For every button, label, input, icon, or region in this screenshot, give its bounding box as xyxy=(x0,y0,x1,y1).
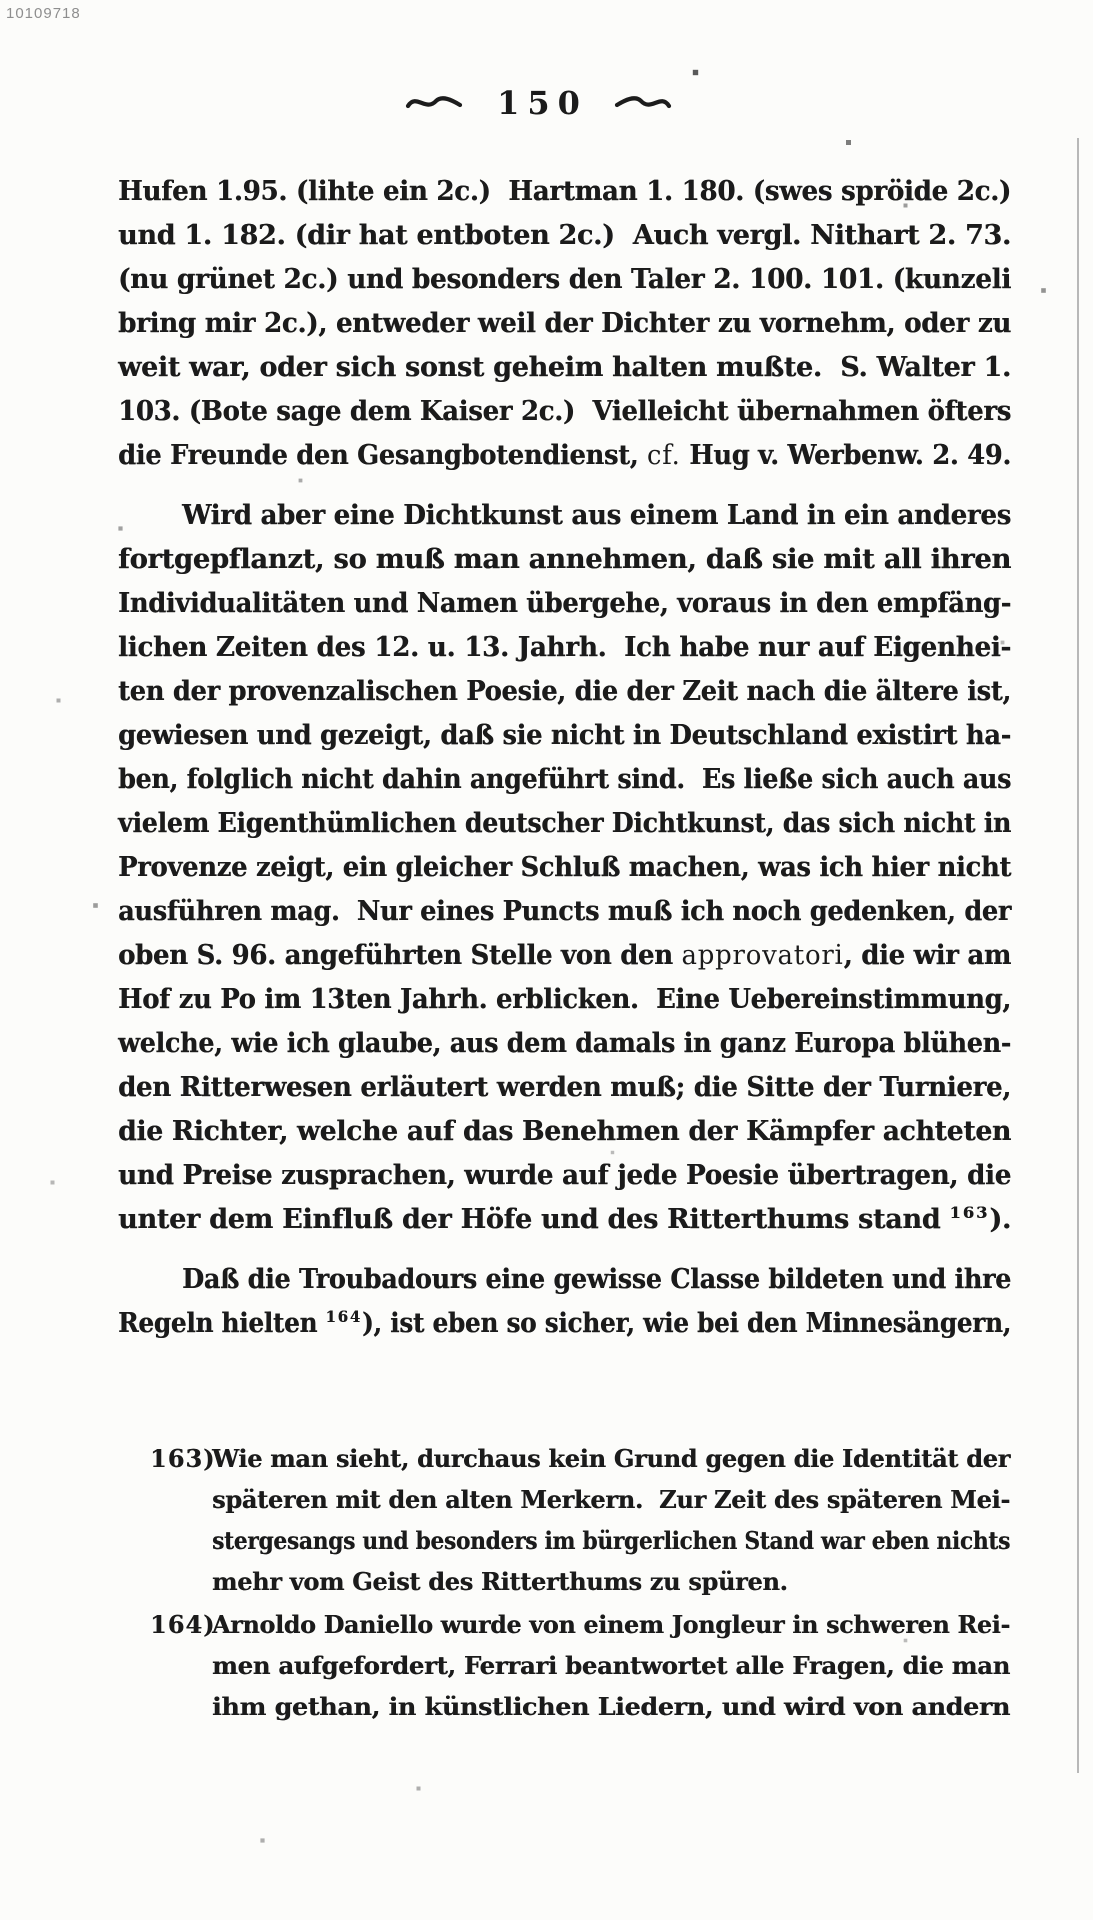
line-content: ausführen mag. Nur eines Puncts muß ich … xyxy=(118,890,1011,934)
text-line: Arnoldo Daniello wurde von einem Jongleu… xyxy=(212,1604,1010,1645)
line-content: mehr vom Geist des Ritterthums zu spüren… xyxy=(212,1561,788,1602)
line-content: 103. (Bote sage dem Kaiser 2c.) Vielleic… xyxy=(118,390,1011,434)
text-line: men aufgefordert, Ferrari beantwortet al… xyxy=(212,1645,1010,1686)
text-line: weit war, oder sich sonst geheim halten … xyxy=(118,346,1011,390)
text-segment: ben, folglich nicht dahin angeführt sind… xyxy=(118,764,1011,795)
line-content: Provenze zeigt, ein gleicher Schluß mach… xyxy=(118,846,1011,890)
line-content: vielem Eigenthümlichen deutscher Dichtku… xyxy=(118,802,1011,846)
text-segment: Hufen 1.95. (lihte ein 2c.) Hartman 1. 1… xyxy=(118,176,1011,207)
text-segment: die Richter, welche auf das Benehmen der… xyxy=(118,1116,1011,1147)
line-content: weit war, oder sich sonst geheim halten … xyxy=(118,346,1011,390)
text-segment: stergesangs und besonders im bürgerliche… xyxy=(212,1526,1010,1555)
line-content: den Ritterwesen erläutert werden muß; di… xyxy=(118,1066,1011,1110)
text-segment: Regeln hielten xyxy=(118,1308,326,1339)
footnote-ref: 164 xyxy=(326,1307,362,1326)
text-segment: den Ritterwesen erläutert werden muß; di… xyxy=(118,1072,1011,1103)
text-line: stergesangs und besonders im bürgerliche… xyxy=(212,1520,1010,1561)
page-header: 150 xyxy=(92,84,985,122)
line-content: lichen Zeiten des 12. u. 13. Jahrh. Ich … xyxy=(118,626,1011,670)
text-segment: Daß die Troubadours eine gewisse Classe … xyxy=(182,1264,1011,1295)
text-segment: Hug v. Werbenw. 2. 49. xyxy=(681,440,1011,471)
text-segment: und Preise zusprachen, wurde auf jede Po… xyxy=(118,1160,1011,1191)
text-segment: und 1. 182. (dir hat entboten 2c.) Auch … xyxy=(118,220,1011,251)
text-line: lichen Zeiten des 12. u. 13. Jahrh. Ich … xyxy=(118,626,1011,670)
latin-text-segment: cf. xyxy=(647,440,680,471)
text-line: Wie man sieht, durchaus kein Grund gegen… xyxy=(212,1438,1010,1479)
text-segment: (nu grünet 2c.) und besonders den Taler … xyxy=(118,264,1011,295)
text-segment: , die wir am xyxy=(844,940,1011,971)
text-segment: Wird aber eine Dichtkunst aus einem Land… xyxy=(182,500,1011,531)
text-line: Hufen 1.95. (lihte ein 2c.) Hartman 1. 1… xyxy=(118,170,1011,214)
line-content: unter dem Einfluß der Höfe und des Ritte… xyxy=(118,1198,1011,1242)
line-content: Hof zu Po im 13ten Jahrh. erblicken. Ein… xyxy=(118,978,1011,1022)
footnote: 163)Wie man sieht, durchaus kein Grund g… xyxy=(150,1438,1010,1602)
text-segment: Provenze zeigt, ein gleicher Schluß mach… xyxy=(118,852,1011,883)
text-segment: men aufgefordert, Ferrari beantwortet al… xyxy=(212,1651,1010,1680)
text-segment: die Freunde den Gesangbotendienst, xyxy=(118,440,647,471)
footnote-ref: 163 xyxy=(949,1203,989,1222)
line-content: gewiesen und gezeigt, daß sie nicht in D… xyxy=(118,714,1011,758)
text-segment: lichen Zeiten des 12. u. 13. Jahrh. Ich … xyxy=(118,632,1011,663)
text-line: Provenze zeigt, ein gleicher Schluß mach… xyxy=(118,846,1011,890)
latin-text-segment: approvatori xyxy=(681,940,843,971)
scan-edge-line xyxy=(1077,138,1079,1773)
text-segment: vielem Eigenthümlichen deutscher Dichtku… xyxy=(118,808,1011,839)
footnotes: 163)Wie man sieht, durchaus kein Grund g… xyxy=(150,1438,1010,1727)
text-segment: ), ist eben so sicher, wie bei den Minne… xyxy=(362,1308,1011,1339)
text-segment: ten der provenzalischen Poesie, die der … xyxy=(118,676,1011,707)
footnote-marker: 164) xyxy=(150,1604,215,1645)
line-content: fortgepflanzt, so muß man annehmen, daß … xyxy=(118,538,1011,582)
text-line: mehr vom Geist des Ritterthums zu spüren… xyxy=(212,1561,1010,1602)
line-content: Wie man sieht, durchaus kein Grund gegen… xyxy=(212,1438,1010,1479)
text-line: welche, wie ich glaube, aus dem damals i… xyxy=(118,1022,1011,1066)
text-segment: Individualitäten und Namen übergehe, vor… xyxy=(118,588,1011,619)
text-segment: oben S. 96. angeführten Stelle von den xyxy=(118,940,681,971)
text-segment: welche, wie ich glaube, aus dem damals i… xyxy=(118,1028,1011,1059)
text-segment: ausführen mag. Nur eines Puncts muß ich … xyxy=(118,896,1011,927)
text-segment: ihm gethan, in künstlichen Liedern, und … xyxy=(212,1692,1010,1721)
text-line: und Preise zusprachen, wurde auf jede Po… xyxy=(118,1154,1011,1198)
text-line: (nu grünet 2c.) und besonders den Taler … xyxy=(118,258,1011,302)
book-page: 10109718 150 Hufen 1.95. (lihte ein 2c.)… xyxy=(0,0,1093,1920)
text-line: 103. (Bote sage dem Kaiser 2c.) Vielleic… xyxy=(118,390,1011,434)
text-segment: weit war, oder sich sonst geheim halten … xyxy=(118,352,1011,383)
line-content: (nu grünet 2c.) und besonders den Taler … xyxy=(118,258,1011,302)
text-line: Regeln hielten 164), ist eben so sicher,… xyxy=(118,1302,1011,1346)
text-line: die Richter, welche auf das Benehmen der… xyxy=(118,1110,1011,1154)
text-line: Individualitäten und Namen übergehe, vor… xyxy=(118,582,1011,626)
scan-specks xyxy=(0,0,1,1)
text-line: Daß die Troubadours eine gewisse Classe … xyxy=(182,1258,1011,1302)
text-line: ben, folglich nicht dahin angeführt sind… xyxy=(118,758,1011,802)
text-segment: Wie man sieht, durchaus kein Grund gegen… xyxy=(212,1444,1010,1473)
line-content: späteren mit den alten Merkern. Zur Zeit… xyxy=(212,1479,1010,1520)
swash-ornament-left-icon xyxy=(405,92,463,114)
footnote-marker: 163) xyxy=(150,1438,215,1479)
text-segment: ). xyxy=(989,1204,1011,1235)
body-text: Hufen 1.95. (lihte ein 2c.) Hartman 1. 1… xyxy=(118,170,1011,1346)
text-segment: 103. (Bote sage dem Kaiser 2c.) Vielleic… xyxy=(118,396,1011,427)
text-line: ten der provenzalischen Poesie, die der … xyxy=(118,670,1011,714)
line-content: und 1. 182. (dir hat entboten 2c.) Auch … xyxy=(118,214,1011,258)
text-line: und 1. 182. (dir hat entboten 2c.) Auch … xyxy=(118,214,1011,258)
text-line: oben S. 96. angeführten Stelle von den a… xyxy=(118,934,1011,978)
text-segment: fortgepflanzt, so muß man annehmen, daß … xyxy=(118,544,1011,575)
line-content: ten der provenzalischen Poesie, die der … xyxy=(118,670,1011,714)
text-segment: gewiesen und gezeigt, daß sie nicht in D… xyxy=(118,720,1011,751)
text-segment: bring mir 2c.), entweder weil der Dichte… xyxy=(118,308,1011,339)
text-line: gewiesen und gezeigt, daß sie nicht in D… xyxy=(118,714,1011,758)
swash-ornament-right-icon xyxy=(614,92,672,114)
paragraph: Daß die Troubadours eine gewisse Classe … xyxy=(118,1258,1011,1346)
paragraph: Hufen 1.95. (lihte ein 2c.) Hartman 1. 1… xyxy=(118,170,1011,478)
line-content: stergesangs und besonders im bürgerliche… xyxy=(212,1520,1010,1561)
line-content: welche, wie ich glaube, aus dem damals i… xyxy=(118,1022,1011,1066)
text-line: Wird aber eine Dichtkunst aus einem Land… xyxy=(182,494,1011,538)
scan-watermark: 10109718 xyxy=(6,5,81,22)
text-segment: mehr vom Geist des Ritterthums zu spüren… xyxy=(212,1567,788,1596)
line-content: ben, folglich nicht dahin angeführt sind… xyxy=(118,758,1011,802)
line-content: Wird aber eine Dichtkunst aus einem Land… xyxy=(182,494,1011,538)
text-segment: späteren mit den alten Merkern. Zur Zeit… xyxy=(212,1485,1010,1514)
text-line: ihm gethan, in künstlichen Liedern, und … xyxy=(212,1686,1010,1727)
text-line: bring mir 2c.), entweder weil der Dichte… xyxy=(118,302,1011,346)
line-content: Individualitäten und Namen übergehe, vor… xyxy=(118,582,1011,626)
line-content: Hufen 1.95. (lihte ein 2c.) Hartman 1. 1… xyxy=(118,170,1011,214)
text-line: die Freunde den Gesangbotendienst, cf. H… xyxy=(118,434,1011,478)
line-content: ihm gethan, in künstlichen Liedern, und … xyxy=(212,1686,1010,1727)
text-segment: Hof zu Po im 13ten Jahrh. erblicken. Ein… xyxy=(118,984,1011,1015)
text-line: Hof zu Po im 13ten Jahrh. erblicken. Ein… xyxy=(118,978,1011,1022)
text-line: fortgepflanzt, so muß man annehmen, daß … xyxy=(118,538,1011,582)
line-content: Regeln hielten 164), ist eben so sicher,… xyxy=(118,1302,1011,1346)
line-content: Arnoldo Daniello wurde von einem Jongleu… xyxy=(212,1604,1010,1645)
text-segment: unter dem Einfluß der Höfe und des Ritte… xyxy=(118,1204,949,1235)
page-number: 150 xyxy=(489,84,588,122)
text-line: unter dem Einfluß der Höfe und des Ritte… xyxy=(118,1198,1011,1242)
line-content: men aufgefordert, Ferrari beantwortet al… xyxy=(212,1645,1010,1686)
line-content: bring mir 2c.), entweder weil der Dichte… xyxy=(118,302,1011,346)
paragraph: Wird aber eine Dichtkunst aus einem Land… xyxy=(118,494,1011,1242)
line-content: Daß die Troubadours eine gewisse Classe … xyxy=(182,1258,1011,1302)
text-line: ausführen mag. Nur eines Puncts muß ich … xyxy=(118,890,1011,934)
text-line: späteren mit den alten Merkern. Zur Zeit… xyxy=(212,1479,1010,1520)
text-line: den Ritterwesen erläutert werden muß; di… xyxy=(118,1066,1011,1110)
text-segment: Arnoldo Daniello wurde von einem Jongleu… xyxy=(212,1610,1010,1639)
line-content: die Richter, welche auf das Benehmen der… xyxy=(118,1110,1011,1154)
footnote: 164)Arnoldo Daniello wurde von einem Jon… xyxy=(150,1604,1010,1727)
line-content: oben S. 96. angeführten Stelle von den a… xyxy=(118,934,1011,978)
text-line: vielem Eigenthümlichen deutscher Dichtku… xyxy=(118,802,1011,846)
line-content: die Freunde den Gesangbotendienst, cf. H… xyxy=(118,434,1011,478)
line-content: und Preise zusprachen, wurde auf jede Po… xyxy=(118,1154,1011,1198)
